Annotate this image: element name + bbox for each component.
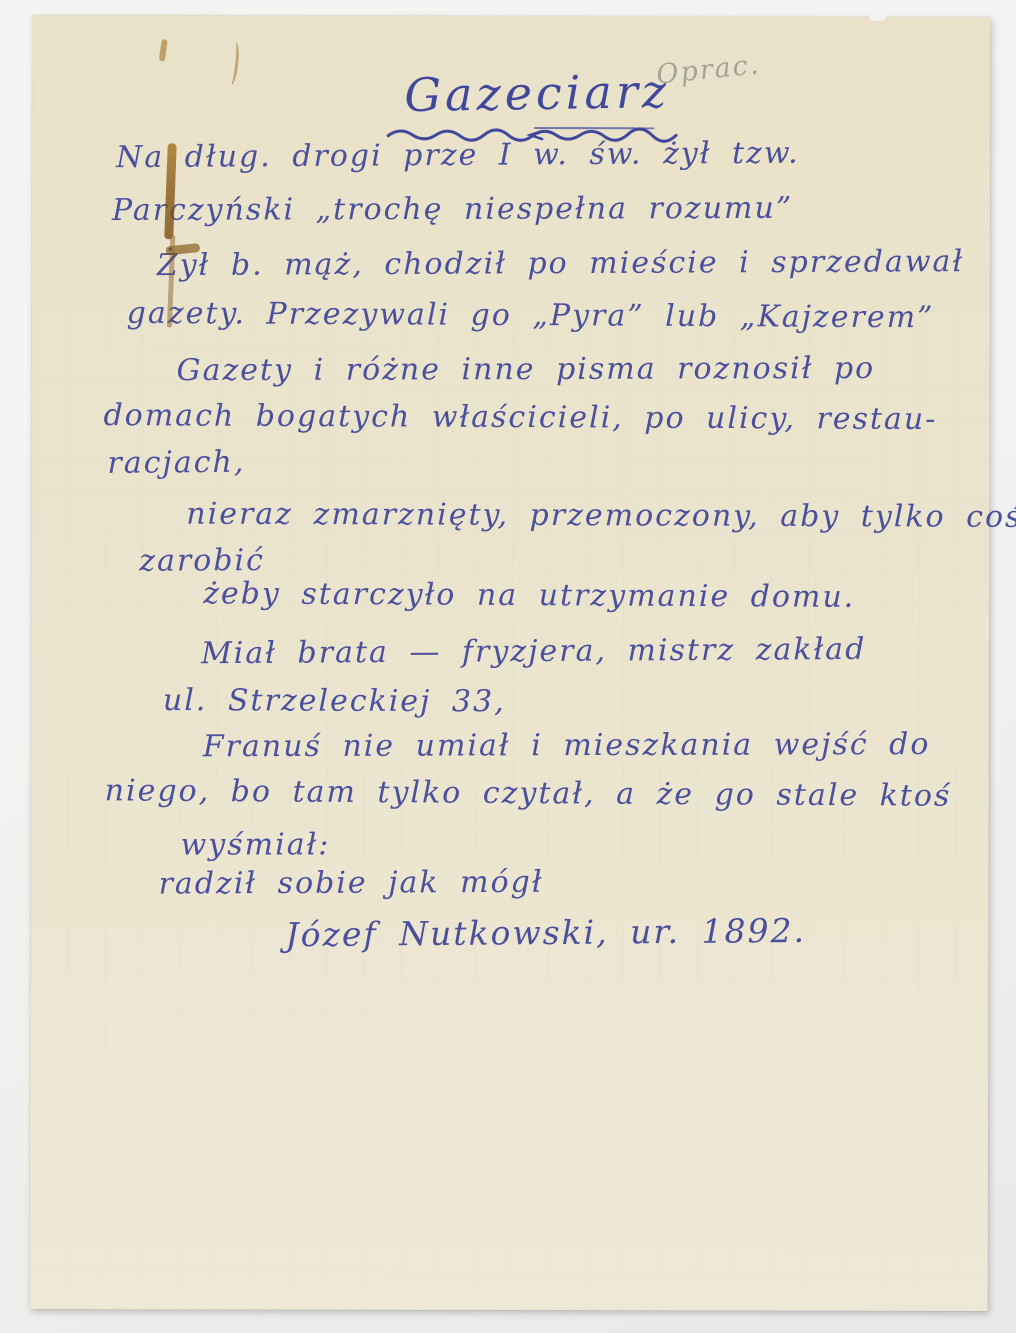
rust-speck-icon	[159, 39, 168, 62]
manuscript-line: Gazety i różne inne pisma roznosił po	[177, 351, 876, 388]
page-title: Gazeciarz	[372, 64, 703, 123]
manuscript-line: Żył b. mąż, chodził po mieście i sprzeda…	[157, 244, 964, 283]
manuscript-line: nieraz zmarznięty, przemoczony, aby tylk…	[186, 497, 1016, 535]
manuscript-line: Miał brata — fryzjera, mistrz zakład	[201, 632, 867, 671]
manuscript-line: gazety. Przezywali go „Pyra” lub „Kajzer…	[127, 296, 935, 336]
manuscript-line: ul. Strzeleckiej 33,	[163, 683, 506, 719]
rust-speck-icon	[226, 41, 241, 86]
scanned-page: Gazeciarz Oprac. Na dług. drogi prze I w…	[30, 15, 991, 1311]
manuscript-line: racjach,	[107, 445, 245, 481]
manuscript-signature-line: Józef Nutkowski, ur. 1892.	[285, 911, 806, 954]
manuscript-line: domach bogatych właścicieli, po ulicy, r…	[103, 398, 937, 437]
manuscript-line: zarobić	[139, 543, 265, 579]
manuscript-line: radził sobie jak mógł	[158, 865, 543, 902]
manuscript-line: Na dług. drogi prze I w. św. żył tzw.	[116, 136, 800, 176]
manuscript-line: wyśmiał:	[181, 827, 331, 862]
manuscript-line: Franuś nie umiał i mieszkania wejść do	[203, 727, 931, 764]
manuscript-line: Parczyński „trochę niespełna rozumu”	[112, 191, 793, 228]
manuscript-line: żeby starczyło na utrzymanie domu.	[203, 576, 855, 615]
pencil-annotation: Oprac.	[655, 49, 762, 91]
manuscript-line: niego, bo tam tylko czytał, a że go stal…	[105, 773, 952, 813]
paper-edge-nick	[868, 15, 886, 21]
